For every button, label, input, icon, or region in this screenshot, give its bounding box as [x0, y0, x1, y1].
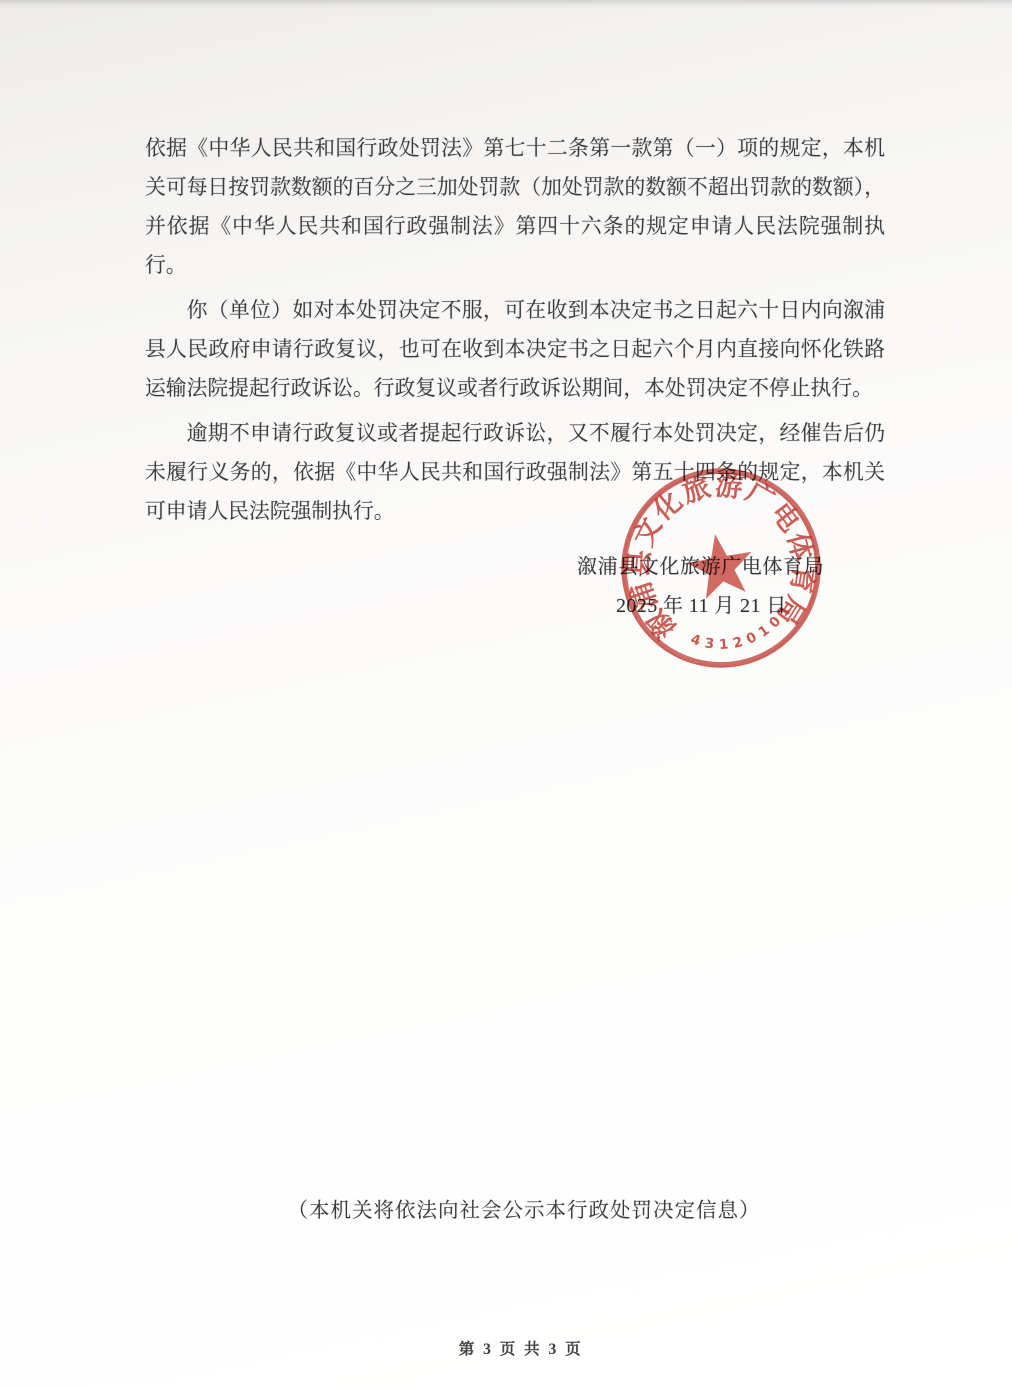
seal-star-icon: [683, 529, 758, 601]
document-page: 依据《中华人民共和国行政处罚法》第七十二条第一款第（一）项的规定，本机关可每日按…: [0, 0, 1012, 1386]
disclosure-note: （本机关将依法向社会公示本行政处罚决定信息）: [0, 1193, 1012, 1223]
page-number-footer: 第 3 页 共 3 页: [0, 1337, 1012, 1359]
scan-edge-shadow: [0, 0, 1012, 9]
official-seal-stamp: 溆浦县文化旅游广电体育局 4312010107583: [615, 462, 827, 674]
paragraph-appeal-rights: 你（单位）如对本处罚决定不服，可在收到本决定书之日起六十日内向溆浦县人民政府申请…: [145, 291, 885, 408]
paragraph-legal-basis: 依据《中华人民共和国行政处罚法》第七十二条第一款第（一）项的规定，本机关可每日按…: [145, 129, 885, 285]
